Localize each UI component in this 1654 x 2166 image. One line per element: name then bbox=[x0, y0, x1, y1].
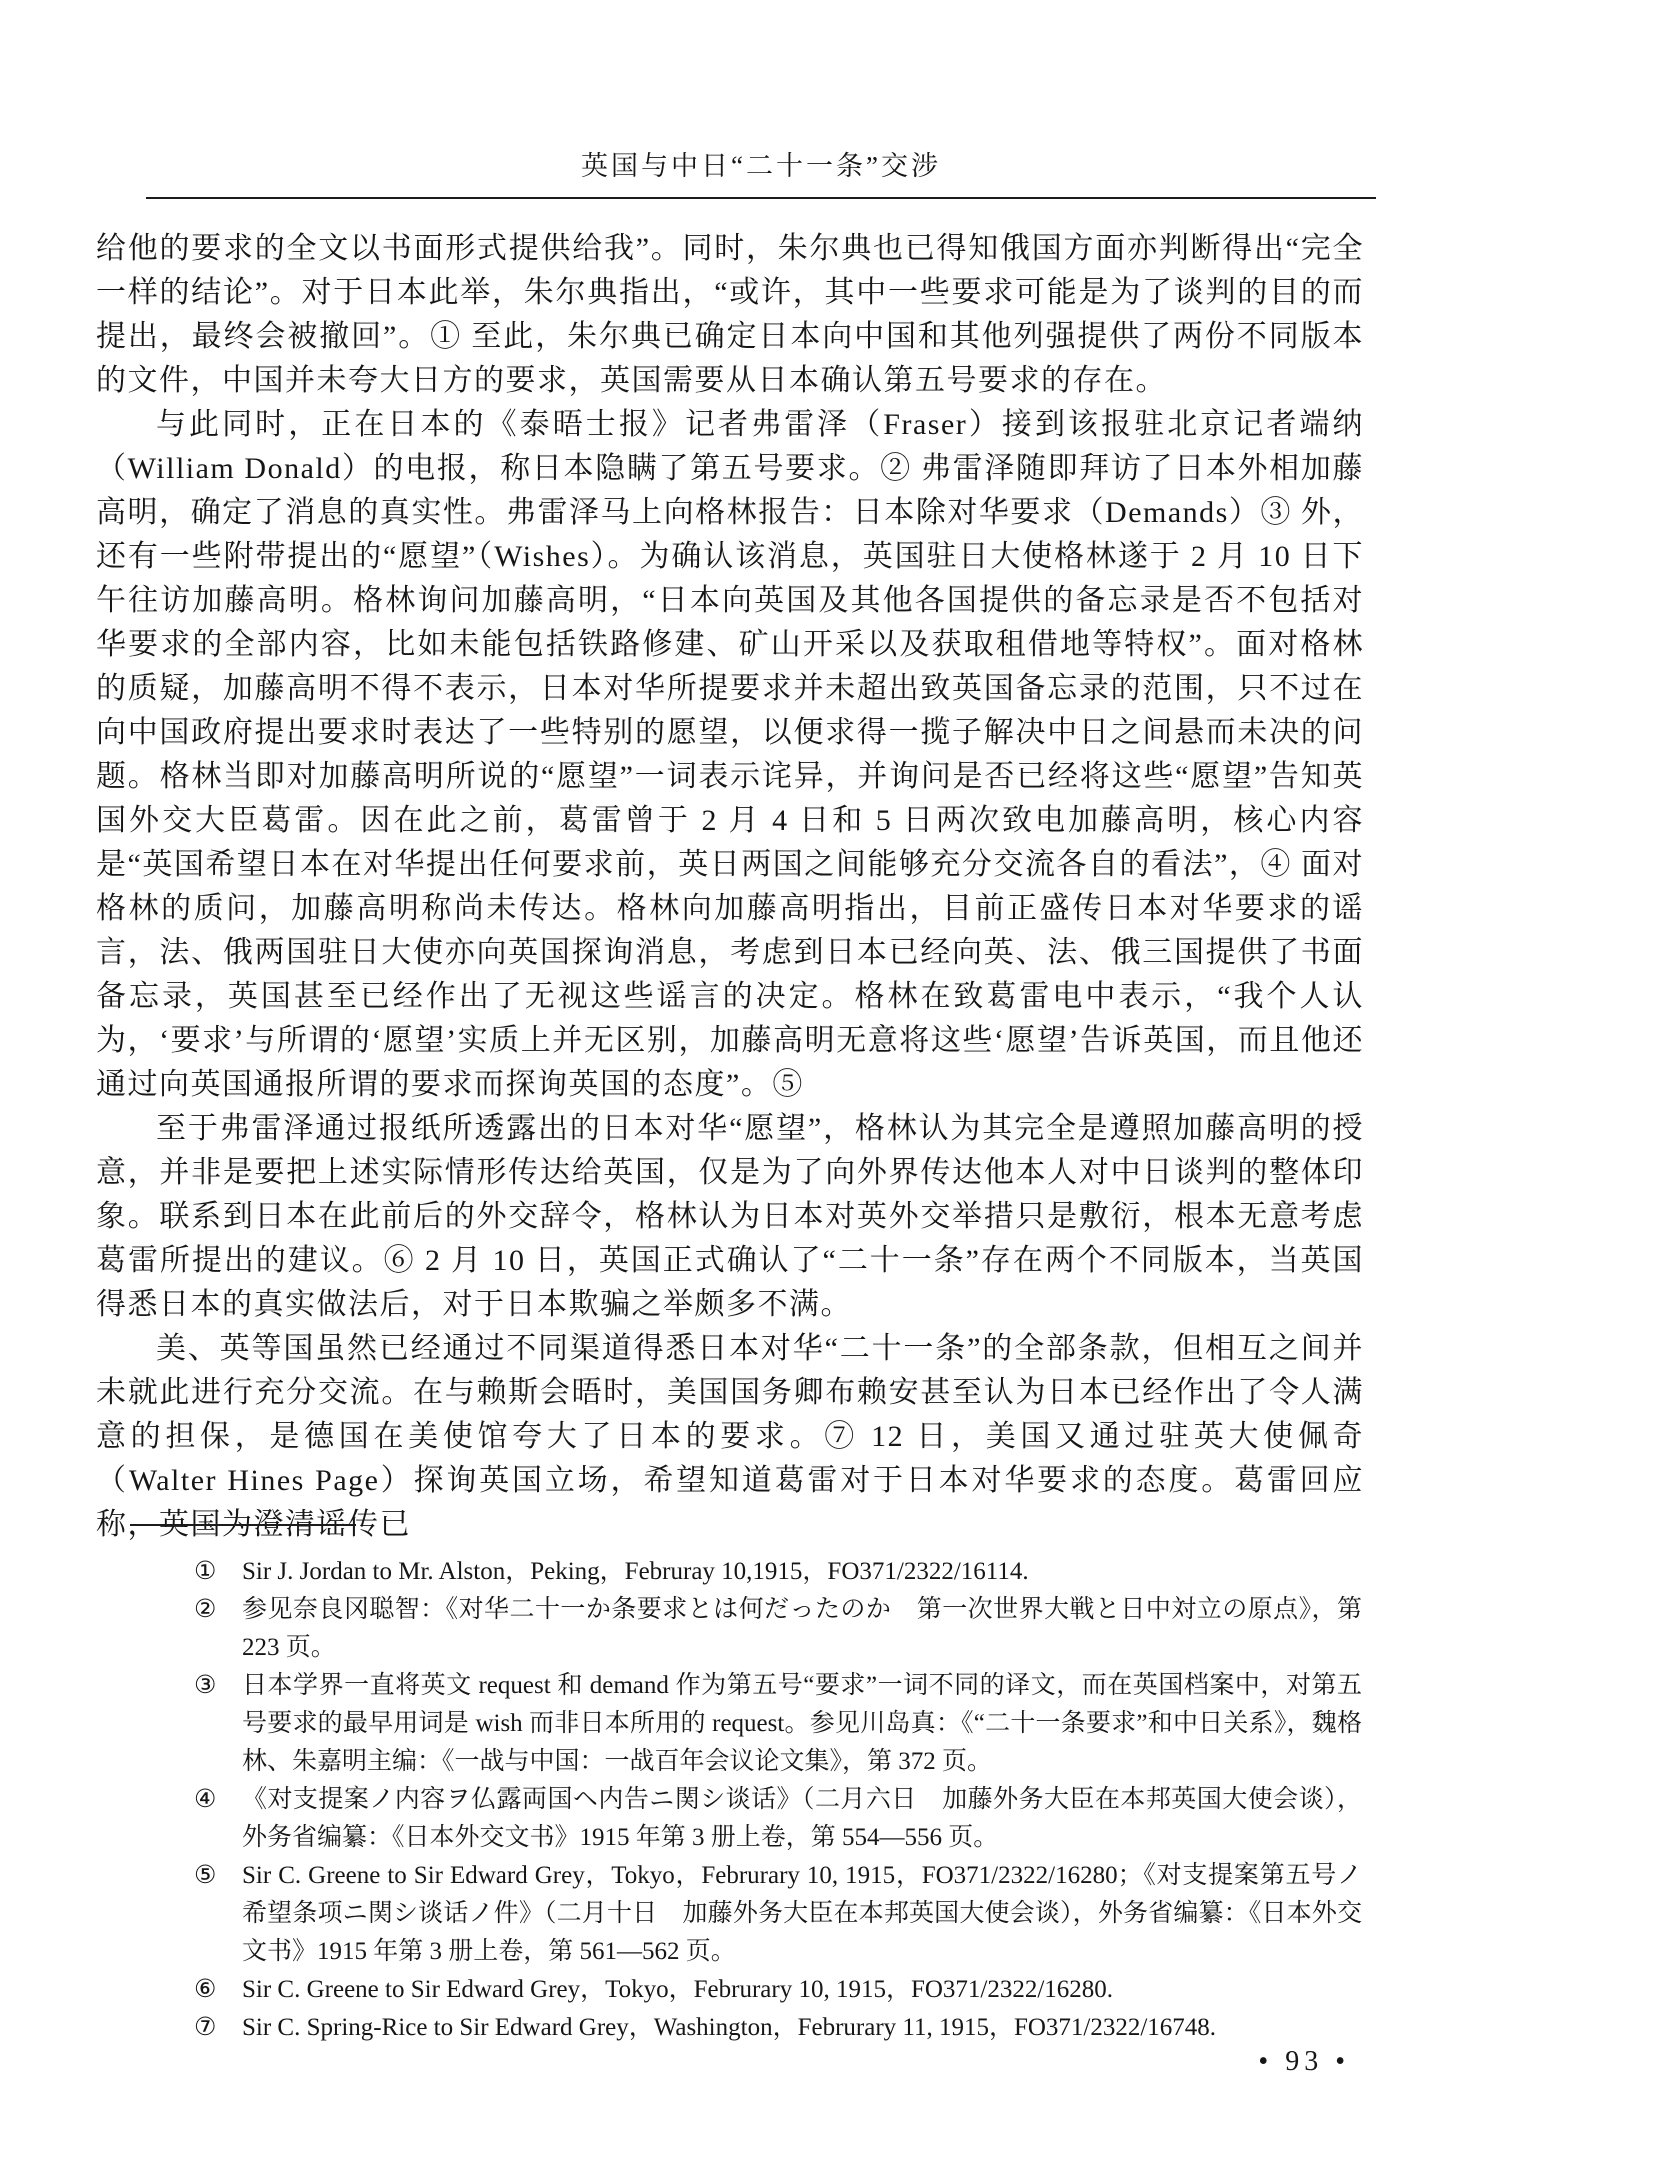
footnote-marker: ① bbox=[194, 1553, 216, 1591]
footnote-item: ① Sir J. Jordan to Mr. Alston，Peking，Feb… bbox=[96, 1553, 1362, 1591]
footnote-marker: ⑦ bbox=[194, 2009, 216, 2047]
body-text: 给他的要求的全文以书面形式提供给我”。同时，朱尔典也已得知俄国方面亦判断得出“完… bbox=[96, 227, 1364, 1547]
body-paragraph: 至于弗雷泽通过报纸所透露出的日本对华“愿望”，格林认为其完全是遵照加藤高明的授意… bbox=[96, 1107, 1364, 1327]
footnote-marker: ④ bbox=[194, 1781, 216, 1819]
footnote-item: ④ 《对支提案ノ内容ヲ仏露両国ヘ内告ニ関シ谈话》（二月六日 加藤外务大臣在本邦英… bbox=[96, 1781, 1362, 1857]
footnote-marker: ⑥ bbox=[194, 1971, 216, 2009]
footnote-marker: ③ bbox=[194, 1667, 216, 1705]
body-paragraph: 与此同时，正在日本的《泰晤士报》记者弗雷泽（Fraser）接到该报驻北京记者端纳… bbox=[96, 403, 1364, 1107]
body-paragraph: 美、英等国虽然已经通过不同渠道得悉日本对华“二十一条”的全部条款，但相互之间并未… bbox=[96, 1327, 1364, 1547]
footnote-text: 《对支提案ノ内容ヲ仏露両国ヘ内告ニ関シ谈话》（二月六日 加藤外务大臣在本邦英国大… bbox=[242, 1786, 1362, 1851]
footnote-text: 日本学界一直将英文 request 和 demand 作为第五号“要求”一词不同… bbox=[242, 1672, 1362, 1775]
footnote-text: Sir C. Greene to Sir Edward Grey，Tokyo，F… bbox=[242, 1862, 1362, 1965]
footnote-item: ⑤ Sir C. Greene to Sir Edward Grey，Tokyo… bbox=[96, 1857, 1362, 1971]
footnote-marker: ② bbox=[194, 1591, 216, 1629]
footnote-marker: ⑤ bbox=[194, 1857, 216, 1895]
footnote-text: Sir J. Jordan to Mr. Alston，Peking，Febru… bbox=[242, 1558, 1029, 1585]
header-rule bbox=[146, 197, 1376, 199]
page-content: 英国与中日“二十一条”交涉 给他的要求的全文以书面形式提供给我”。同时，朱尔典也… bbox=[96, 0, 1364, 2166]
footnote-text: Sir C. Greene to Sir Edward Grey，Tokyo，F… bbox=[242, 1976, 1113, 2003]
footnote-item: ③ 日本学界一直将英文 request 和 demand 作为第五号“要求”一词… bbox=[96, 1667, 1362, 1781]
footnote-item: ⑦ Sir C. Spring-Rice to Sir Edward Grey，… bbox=[96, 2009, 1362, 2047]
footnote-item: ② 参见奈良冈聪智：《对华二十一か条要求とは何だったのか 第一次世界大戦と日中対… bbox=[96, 1591, 1362, 1667]
footnote-item: ⑥ Sir C. Greene to Sir Edward Grey，Tokyo… bbox=[96, 1971, 1362, 2009]
page-number: • 93 • bbox=[96, 2046, 1364, 2078]
footnotes: ① Sir J. Jordan to Mr. Alston，Peking，Feb… bbox=[96, 1553, 1362, 2047]
body-paragraph: 给他的要求的全文以书面形式提供给我”。同时，朱尔典也已得知俄国方面亦判断得出“完… bbox=[96, 227, 1364, 403]
footnote-text: Sir C. Spring-Rice to Sir Edward Grey，Wa… bbox=[242, 2014, 1216, 2041]
footnote-separator bbox=[130, 1524, 356, 1526]
page-title: 英国与中日“二十一条”交涉 bbox=[146, 144, 1376, 183]
footnote-text: 参见奈良冈聪智：《对华二十一か条要求とは何だったのか 第一次世界大戦と日中対立の… bbox=[242, 1596, 1362, 1661]
document-page: 英国与中日“二十一条”交涉 给他的要求的全文以书面形式提供给我”。同时，朱尔典也… bbox=[0, 0, 1654, 2166]
